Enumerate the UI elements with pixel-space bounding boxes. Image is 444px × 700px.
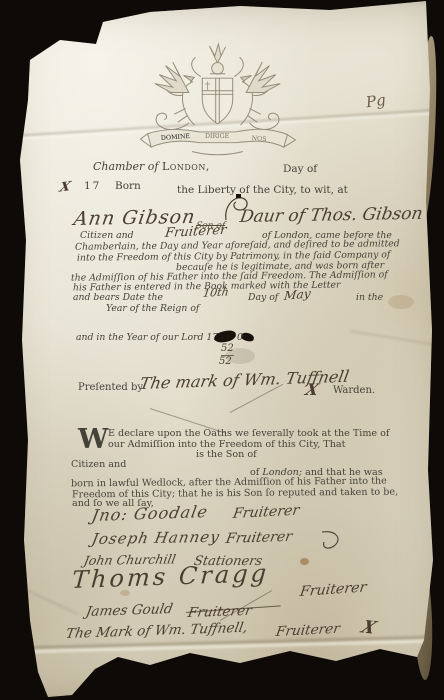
lord-digit: 0 [237, 332, 243, 343]
chamber-heading: Chamber of London, [93, 160, 210, 173]
declaration-line-3: is the Son of [196, 449, 257, 460]
year-prefix: 17 [84, 180, 101, 192]
signature-company: Fruiterer [275, 621, 341, 640]
motto-word-dirige: DIRIGE [205, 133, 230, 140]
chamber-heading-pre: Chamber of [93, 160, 159, 173]
day-number-hand: 10th [202, 285, 230, 300]
declaration-dropcap: W [78, 424, 108, 455]
page-mark: Pg [365, 91, 387, 112]
signature-company: Fruiterer [299, 579, 368, 600]
month-hand: May [283, 286, 311, 303]
signature-name: The Mark of Wm. Tuffnell, [65, 620, 249, 642]
year-correction-upper: 52 [221, 343, 234, 356]
signature-name: Jno: Goodale [90, 502, 209, 525]
city-of-london-crest: DOMINE DIRIGE NOS [110, 38, 325, 156]
declaration-line-4a: Citizen and [71, 459, 126, 470]
warden-label: Warden. [333, 385, 375, 396]
company-hand: Fruiterer [164, 223, 227, 241]
helm-and-crest [209, 44, 225, 74]
in-the-label: in the [356, 292, 383, 303]
dragon-supporter-left [155, 62, 194, 129]
citizen-and-1: Citizen and [80, 230, 134, 241]
day-of-label-2: Day of [248, 292, 278, 303]
right-crease [350, 330, 444, 348]
shield-st-george [202, 78, 232, 124]
signature-name: Joseph Hanney [90, 528, 221, 548]
signature-company: Fruiterer [225, 529, 294, 547]
fox-smudge [388, 295, 414, 309]
signature-flourish [318, 528, 344, 554]
declaration-line-1: E declare upon the Oaths we ſeverally to… [108, 428, 389, 439]
day-of-label: Day of [283, 163, 317, 175]
motto-word-nos: NOS [251, 135, 266, 143]
dragon-supporter-right [241, 62, 280, 129]
margin-check-mark: X [58, 179, 72, 195]
base-flourish [192, 152, 242, 155]
year-correction-lower: 52 [219, 356, 232, 367]
reign-line: Year of the Reign of [106, 303, 199, 314]
presented-by-label: Preſented by [78, 382, 143, 393]
maker-mark-x: X [358, 617, 379, 638]
liberty-line: the Liberty of the City, to wit, at [177, 184, 348, 196]
born-label: Born [115, 180, 141, 192]
corner-crease [22, 587, 77, 614]
signature-company: Fruiterer [232, 503, 301, 522]
signature-name: James Gould [85, 601, 174, 620]
signature-name-large: Thoms Cragg [71, 559, 270, 594]
freedom-of-city-certificate: DOMINE DIRIGE NOS Pg Chamber of London, … [0, 0, 444, 700]
relation-hand: Daur of Thos. Gibson [238, 204, 424, 227]
photograph-of-document: DOMINE DIRIGE NOS Pg Chamber of London, … [0, 0, 444, 700]
bears-date-label: and bears Date the [73, 292, 163, 303]
fox-spot [300, 558, 309, 565]
chamber-heading-city: London, [162, 160, 210, 173]
year-of-lord-line: and in the Year of our Lord 17 [76, 332, 218, 343]
